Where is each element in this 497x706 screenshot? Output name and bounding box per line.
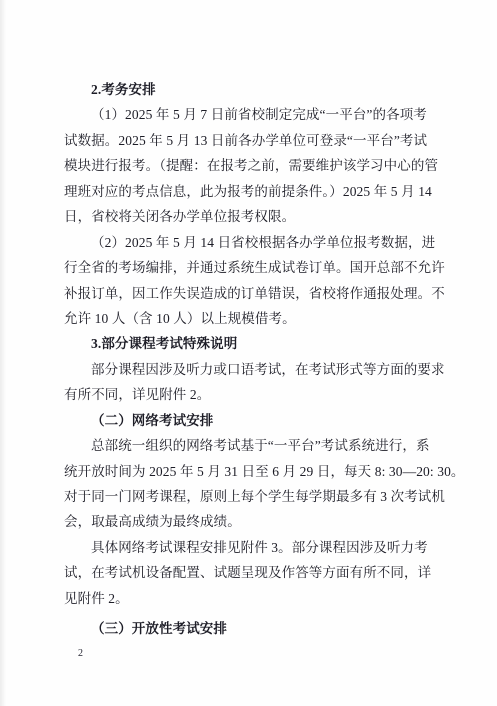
text-line: 见附件 2。 [64,586,440,611]
text-line: 试数据。2025 年 5 月 13 日前各办学单位可登录“一平台”考试 [64,128,440,153]
text-line: 部分课程因涉及听力或口语考试，在考试形式等方面的要求 [64,357,440,382]
page-number: 2 [78,648,83,660]
scan-edge-shading [0,0,6,706]
text-line: 补报订单，因工作失误造成的订单错误，省校将作通报处理。不 [64,281,440,306]
text-line: 会，取最高成绩为最终成绩。 [64,509,440,534]
text-line: （2）2025 年 5 月 14 日省校根据各办学单位报考数据，进 [64,230,440,255]
text-line: 统开放时间为 2025 年 5 月 31 日至 6 月 29 日，每天 8: 3… [64,459,440,484]
text-line: 对于同一门网考课程，原则上每个学生每学期最多有 3 次考试机 [64,484,440,509]
text-line: 总部统一组织的网络考试基于“一平台”考试系统进行，系 [64,433,440,458]
text-line: 有所不同，详见附件 2。 [64,382,440,407]
text-line: 具体网络考试课程安排见附件 3。部分课程因涉及听力考 [64,535,440,560]
text-line: 试，在考试机设备配置、试题呈现及作答等方面有所不同，详 [64,560,440,585]
document-body: 2.考务安排 （1）2025 年 5 月 7 日前省校制定完成“一平台”的各项考… [64,77,440,642]
text-line: 行全省的考场编排，并通过系统生成试卷订单。国开总部不允许 [64,255,440,280]
section-heading-kaowu-anpai: 2.考务安排 [64,77,440,102]
text-line: 模块进行报考。（提醒：在报考之前，需要维护该学习中心的管 [64,153,440,178]
section-heading-kaifangxing-kaoshi: （三）开放性考试安排 [64,616,440,641]
section-heading-teshu-shuoming: 3.部分课程考试特殊说明 [64,331,440,356]
text-line: 理班对应的考点信息，此为报考的前提条件。）2025 年 5 月 14 [64,179,440,204]
text-line: （1）2025 年 5 月 7 日前省校制定完成“一平台”的各项考 [64,102,440,127]
document-page: 2.考务安排 （1）2025 年 5 月 7 日前省校制定完成“一平台”的各项考… [0,0,497,706]
text-line: 允许 10 人（含 10 人）以上规模借考。 [64,306,440,331]
section-heading-wangluo-kaoshi: （二）网络考试安排 [64,408,440,433]
text-line: 日，省校将关闭各办学单位报考权限。 [64,204,440,229]
